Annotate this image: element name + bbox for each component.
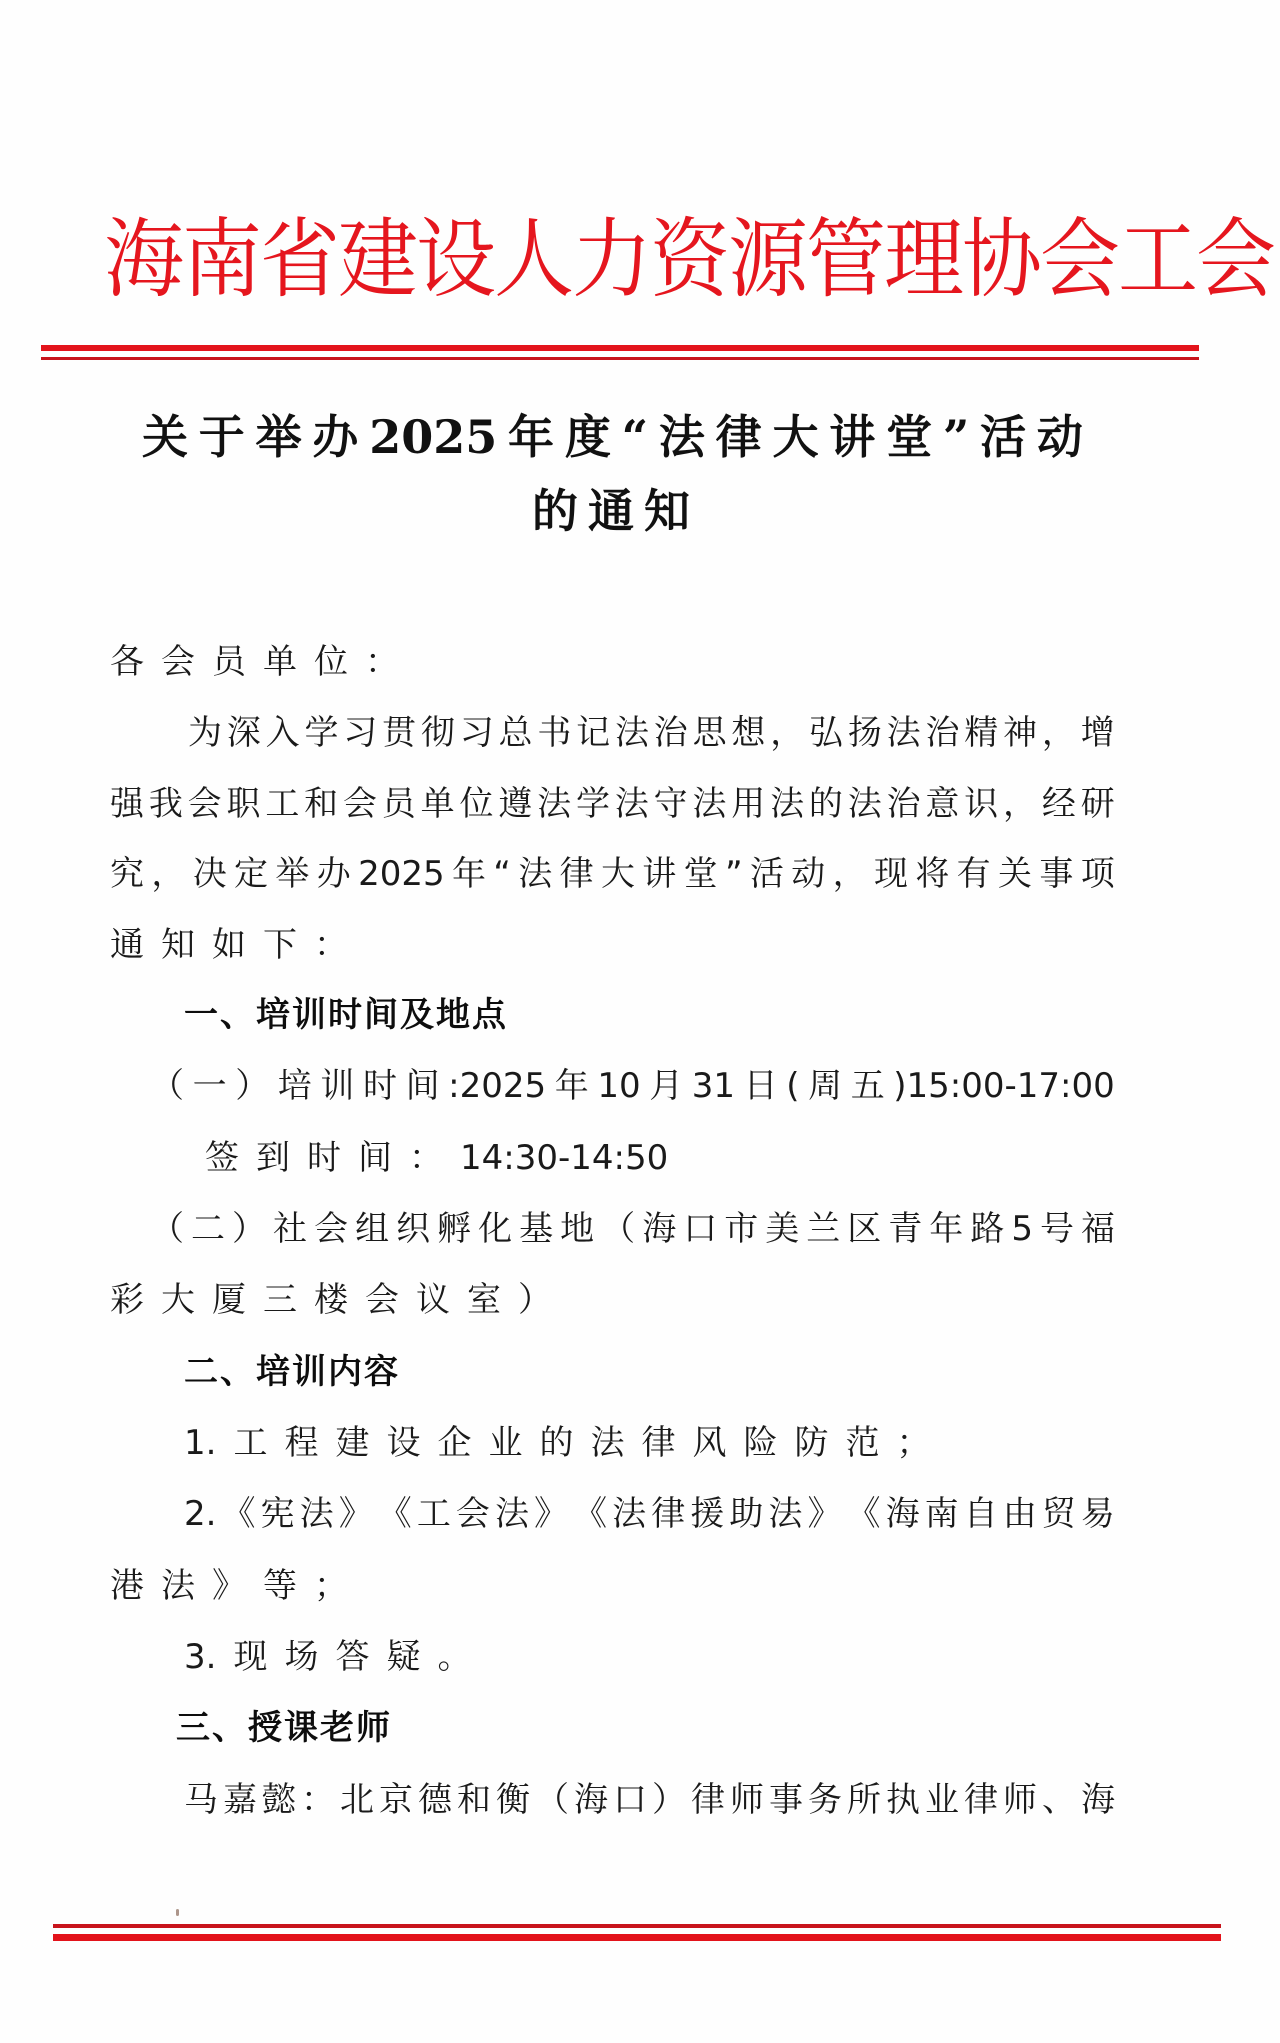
text-glyph: 有	[957, 852, 991, 896]
text-glyph: 、	[1042, 1778, 1076, 1822]
text-glyph: 治	[925, 711, 959, 755]
text-glyph: 各	[110, 640, 144, 684]
text-glyph: 培	[278, 1064, 312, 1108]
text-glyph: （	[150, 1064, 184, 1108]
text-glyph: 想	[731, 711, 765, 755]
letterhead-rule-thick	[41, 345, 1199, 351]
text-glyph: （	[150, 1207, 184, 1251]
text-glyph: 号	[1040, 1207, 1074, 1251]
document-title-line-1: 关于举办2025年度“法律大讲堂”活动	[142, 409, 1083, 465]
text-glyph: 会	[343, 782, 377, 826]
text-glyph: 二	[191, 1207, 225, 1251]
text-glyph: 厦	[212, 1278, 246, 1322]
text-glyph: ）	[652, 1778, 686, 1822]
text-glyph: 5	[1011, 1207, 1033, 1251]
text-glyph: 日	[744, 1064, 778, 1108]
text-glyph: 活	[750, 852, 784, 896]
text-glyph: 现	[874, 852, 908, 896]
text-glyph: 资	[650, 206, 728, 314]
text-glyph: 到	[256, 1136, 290, 1180]
text-glyph: 德	[418, 1778, 452, 1822]
text-glyph: 我	[149, 782, 183, 826]
text-glyph: 3.	[184, 1635, 216, 1679]
text-glyph: 现	[233, 1635, 267, 1679]
text-glyph: 10	[597, 1064, 640, 1108]
intro-line-2: 强我会职工和会员单位遵法学法守法用法的法治意识，经研	[110, 782, 1115, 826]
text-glyph: ，	[151, 852, 185, 896]
salutation: 各会员单位：	[110, 640, 410, 684]
text-glyph: 法	[495, 1492, 529, 1536]
text-glyph: 堂	[886, 409, 932, 465]
text-glyph: 一	[184, 993, 218, 1037]
text-glyph: 师	[1003, 1778, 1037, 1822]
text-glyph: 如	[212, 923, 246, 967]
text-glyph: 程	[284, 1421, 318, 1465]
text-glyph: 协	[962, 206, 1040, 314]
text-glyph: 1.	[184, 1421, 216, 1465]
text-glyph: 年	[929, 1207, 963, 1251]
text-glyph: “	[622, 409, 648, 465]
text-glyph: 培	[256, 993, 290, 1037]
text-glyph: 一	[193, 1064, 227, 1108]
intro-line-3: 究，决定举办2025年“法律大讲堂”活动，现将有关事项	[110, 852, 1115, 896]
text-glyph: 业	[488, 1421, 522, 1465]
text-glyph: 学	[576, 782, 610, 826]
text-glyph: 月	[649, 1064, 683, 1108]
text-glyph: 律	[560, 852, 594, 896]
text-glyph: 三	[263, 1278, 297, 1322]
text-glyph: 定	[234, 852, 268, 896]
text-glyph: 强	[110, 782, 144, 826]
text-glyph: ：	[314, 923, 348, 967]
section-2-item-3: 3.现场答疑。	[184, 1635, 484, 1679]
text-glyph: 治	[887, 782, 921, 826]
text-glyph: 容	[364, 1350, 398, 1394]
text-glyph: 《	[378, 1492, 412, 1536]
text-glyph: 法	[518, 852, 552, 896]
text-glyph: 孵	[437, 1207, 471, 1251]
text-glyph: 组	[355, 1207, 389, 1251]
text-glyph: 港	[110, 1564, 144, 1608]
text-glyph: 间	[364, 993, 398, 1037]
text-glyph: 精	[964, 711, 998, 755]
scan-speck	[176, 1909, 179, 1916]
text-glyph: 间	[358, 1136, 392, 1180]
text-glyph: 福	[1081, 1207, 1115, 1251]
text-glyph: :2025	[448, 1064, 546, 1108]
text-glyph: 等	[263, 1564, 297, 1608]
text-glyph: 海	[886, 1492, 920, 1536]
text-glyph: 理	[884, 206, 962, 314]
document-title-line-2: 的通知	[532, 483, 690, 539]
text-glyph: 训	[320, 1064, 354, 1108]
text-glyph: 扬	[848, 711, 882, 755]
text-glyph: 易	[1081, 1492, 1115, 1536]
text-glyph: 、	[220, 1350, 254, 1394]
text-glyph: 课	[284, 1706, 318, 1750]
text-glyph: 社	[273, 1207, 307, 1251]
text-glyph: （	[601, 1207, 635, 1251]
text-glyph: 法	[300, 1492, 334, 1536]
section-3-instructor-line-1: 马嘉懿：北京德和衡（海口）律师事务所执业律师、海	[184, 1778, 1115, 1822]
text-glyph: ）	[518, 1278, 552, 1322]
text-glyph: 法	[770, 782, 804, 826]
text-glyph: 签	[205, 1136, 239, 1180]
text-glyph: 五	[851, 1064, 885, 1108]
text-glyph: 、	[220, 993, 254, 1037]
text-glyph: 律	[691, 1778, 725, 1822]
text-glyph: 动	[1037, 409, 1083, 465]
text-glyph: 基	[519, 1207, 553, 1251]
text-glyph: 单	[421, 782, 455, 826]
text-glyph: 险	[743, 1421, 777, 1465]
text-glyph: 》	[339, 1492, 373, 1536]
text-glyph: 所	[847, 1778, 881, 1822]
text-glyph: 律	[641, 1421, 675, 1465]
text-glyph: 化	[478, 1207, 512, 1251]
text-glyph: ）	[232, 1207, 266, 1251]
text-glyph: 《	[847, 1492, 881, 1536]
text-glyph: 工	[417, 1492, 451, 1536]
section-3-heading: 三、授课老师	[176, 1706, 476, 1750]
text-glyph: 工	[233, 1421, 267, 1465]
text-glyph: 周	[808, 1064, 842, 1108]
text-glyph: 南	[182, 206, 260, 314]
text-glyph: 区	[847, 1207, 881, 1251]
text-glyph: ，	[1042, 711, 1076, 755]
text-glyph: 学	[304, 711, 338, 755]
text-glyph: 兰	[806, 1207, 840, 1251]
text-glyph: 大	[161, 1278, 195, 1322]
section-2-item-2-line-2: 港法》等；	[110, 1564, 310, 1608]
text-glyph: 事	[1039, 852, 1073, 896]
text-glyph: 二	[184, 1350, 218, 1394]
text-glyph: 议	[416, 1278, 450, 1322]
text-glyph: （	[535, 1778, 569, 1822]
text-glyph: ；	[896, 1421, 930, 1465]
text-glyph: 答	[335, 1635, 369, 1679]
text-glyph: 三	[176, 1706, 210, 1750]
text-glyph: 弘	[809, 711, 843, 755]
text-glyph: 彻	[421, 711, 455, 755]
text-glyph: 的	[539, 1421, 573, 1465]
text-glyph: 培	[256, 1350, 290, 1394]
text-glyph: 楼	[314, 1278, 348, 1322]
text-glyph: 法	[887, 711, 921, 755]
text-glyph: 2025	[369, 409, 497, 465]
text-glyph: 业	[925, 1778, 959, 1822]
text-glyph: 律	[964, 1778, 998, 1822]
text-glyph: 职	[226, 782, 260, 826]
text-glyph: 时	[307, 1136, 341, 1180]
text-glyph: 增	[1081, 711, 1115, 755]
text-glyph: 范	[845, 1421, 879, 1465]
text-glyph: ，	[1003, 782, 1037, 826]
text-glyph: 堂	[684, 852, 718, 896]
text-glyph: 决	[193, 852, 227, 896]
section-2-item-2-line-1: 2.《宪法》《工会法》《法律援助法》《海南自由贸易	[184, 1492, 1115, 1536]
text-glyph: 。	[437, 1635, 471, 1679]
text-glyph: 法	[659, 409, 705, 465]
document-page: 海南省建设人力资源管理协会工会 关于举办2025年度“法律大讲堂”活动 的通知 …	[0, 0, 1280, 2043]
text-glyph: 总	[499, 711, 533, 755]
text-glyph: 贸	[1042, 1492, 1076, 1536]
text-glyph: 项	[1081, 852, 1115, 896]
text-glyph: 口	[613, 1778, 647, 1822]
text-glyph: 南	[925, 1492, 959, 1536]
text-glyph: 援	[690, 1492, 724, 1536]
text-glyph: 衡	[496, 1778, 530, 1822]
text-glyph: ：	[365, 640, 399, 684]
text-glyph: ，	[770, 711, 804, 755]
text-glyph: 研	[1081, 782, 1115, 826]
text-glyph: 》	[807, 1492, 841, 1536]
text-glyph: ：	[409, 1136, 443, 1180]
text-glyph: 和	[457, 1778, 491, 1822]
text-glyph: 训	[292, 1350, 326, 1394]
text-glyph: 2025	[358, 852, 445, 896]
text-glyph: 31	[692, 1064, 735, 1108]
text-glyph: 员	[382, 782, 416, 826]
text-glyph: 宪	[261, 1492, 295, 1536]
text-glyph: 位	[459, 782, 493, 826]
section-2-heading: 二、培训内容	[184, 1350, 484, 1394]
text-glyph: 懿	[262, 1778, 296, 1822]
text-glyph: 法	[768, 1492, 802, 1536]
text-glyph: 将	[915, 852, 949, 896]
text-glyph: ”	[725, 852, 743, 896]
text-glyph: 于	[199, 409, 245, 465]
text-glyph: 的	[532, 483, 578, 539]
text-glyph: 北	[340, 1778, 374, 1822]
intro-line-4: 通知如下：	[110, 923, 410, 967]
text-glyph: 青	[888, 1207, 922, 1251]
text-glyph: 意	[925, 782, 959, 826]
text-glyph: ：	[301, 1778, 335, 1822]
text-glyph: 14:30-14:50	[460, 1136, 668, 1180]
text-glyph: 美	[765, 1207, 799, 1251]
text-glyph: 由	[1003, 1492, 1037, 1536]
text-glyph: 口	[683, 1207, 717, 1251]
text-glyph: 时	[328, 993, 362, 1037]
text-glyph: 入	[266, 711, 300, 755]
text-glyph: 会	[188, 782, 222, 826]
text-glyph: 举	[275, 852, 309, 896]
text-glyph: 知	[161, 923, 195, 967]
text-glyph: 年	[508, 409, 554, 465]
text-glyph: 室	[467, 1278, 501, 1322]
text-glyph: 海	[1081, 1778, 1115, 1822]
text-glyph: ，	[833, 852, 867, 896]
text-glyph: 识	[964, 782, 998, 826]
text-glyph: 举	[256, 409, 302, 465]
text-glyph: 管	[806, 206, 884, 314]
text-glyph: 及	[400, 993, 434, 1037]
text-glyph: 的	[809, 782, 843, 826]
text-glyph: 路	[970, 1207, 1004, 1251]
text-glyph: 年	[555, 1064, 589, 1108]
text-glyph: 遵	[498, 782, 532, 826]
text-glyph: 工	[1118, 206, 1196, 314]
text-glyph: 律	[716, 409, 762, 465]
text-glyph: 2.	[184, 1492, 216, 1536]
text-glyph: 书	[537, 711, 571, 755]
text-glyph: 究	[110, 852, 144, 896]
text-glyph: 贯	[382, 711, 416, 755]
text-glyph: 地	[436, 993, 470, 1037]
text-glyph: 《	[573, 1492, 607, 1536]
text-glyph: 法	[615, 711, 649, 755]
text-glyph: 人	[494, 206, 572, 314]
text-glyph: 嘉	[223, 1778, 257, 1822]
text-glyph: (	[786, 1064, 799, 1108]
footer-rule-thick	[53, 1934, 1221, 1941]
text-glyph: 守	[654, 782, 688, 826]
text-glyph: 事	[769, 1778, 803, 1822]
text-glyph: 记	[576, 711, 610, 755]
text-glyph: 法	[692, 782, 726, 826]
text-glyph: 法	[615, 782, 649, 826]
text-glyph: 讲	[642, 852, 676, 896]
text-glyph: 律	[651, 1492, 685, 1536]
text-glyph: 执	[886, 1778, 920, 1822]
text-glyph: 大	[601, 852, 635, 896]
text-glyph: 企	[437, 1421, 471, 1465]
text-glyph: 思	[693, 711, 727, 755]
text-glyph: 通	[588, 483, 634, 539]
text-glyph: 通	[110, 923, 144, 967]
text-glyph: 法	[590, 1421, 624, 1465]
text-glyph: 动	[791, 852, 825, 896]
text-glyph: 单	[263, 640, 297, 684]
text-glyph: 源	[728, 206, 806, 314]
text-glyph: 》	[534, 1492, 568, 1536]
text-glyph: 习	[460, 711, 494, 755]
text-glyph: 授	[248, 1706, 282, 1750]
text-glyph: ；	[314, 1564, 348, 1608]
text-glyph: 建	[335, 1421, 369, 1465]
text-glyph: ）	[235, 1064, 269, 1108]
text-glyph: 间	[406, 1064, 440, 1108]
text-glyph: 场	[284, 1635, 318, 1679]
text-glyph: 老	[320, 1706, 354, 1750]
text-glyph: 会	[1196, 206, 1274, 314]
text-glyph: 力	[572, 206, 650, 314]
text-glyph: 和	[304, 782, 338, 826]
text-glyph: 年	[452, 852, 486, 896]
text-glyph: 法	[848, 782, 882, 826]
text-glyph: 点	[472, 993, 506, 1037]
text-glyph: 度	[565, 409, 611, 465]
text-glyph: 、	[212, 1706, 246, 1750]
text-glyph: 京	[379, 1778, 413, 1822]
text-glyph: 讲	[829, 409, 875, 465]
text-glyph: 经	[1042, 782, 1076, 826]
text-glyph: ”	[943, 409, 969, 465]
text-glyph: 师	[730, 1778, 764, 1822]
text-glyph: “	[493, 852, 511, 896]
text-glyph: 织	[396, 1207, 430, 1251]
text-glyph: 风	[692, 1421, 726, 1465]
text-glyph: 关	[142, 409, 188, 465]
text-glyph: 设	[386, 1421, 420, 1465]
text-glyph: 会	[161, 640, 195, 684]
text-glyph: 会	[456, 1492, 490, 1536]
text-glyph: 深	[227, 711, 261, 755]
text-glyph: 彩	[110, 1278, 144, 1322]
text-glyph: 知	[644, 483, 690, 539]
text-glyph: 治	[654, 711, 688, 755]
text-glyph: 海	[104, 206, 182, 314]
text-glyph: 建	[338, 206, 416, 314]
text-glyph: 工	[265, 782, 299, 826]
text-glyph: 疑	[386, 1635, 420, 1679]
text-glyph: 地	[560, 1207, 594, 1251]
text-glyph: 马	[184, 1778, 218, 1822]
section-1-venue-line-2: 彩大厦三楼会议室）	[110, 1278, 530, 1322]
text-glyph: 法	[161, 1564, 195, 1608]
text-glyph: 下	[263, 923, 297, 967]
organization-letterhead: 海南省建设人力资源管理协会工会	[104, 206, 1128, 314]
section-1-venue-line-1: （二）社会组织孵化基地（海口市美兰区青年路5号福	[150, 1207, 1115, 1251]
text-glyph: 习	[343, 711, 377, 755]
text-glyph: 法	[537, 782, 571, 826]
text-glyph: 用	[731, 782, 765, 826]
section-1-checkin-time: 签到时间：14:30-14:50	[205, 1136, 725, 1180]
text-glyph: 为	[188, 711, 222, 755]
text-glyph: 会	[365, 1278, 399, 1322]
text-glyph: 设	[416, 206, 494, 314]
text-glyph: 时	[363, 1064, 397, 1108]
text-glyph: 员	[212, 640, 246, 684]
text-glyph: 防	[794, 1421, 828, 1465]
text-glyph: 法	[612, 1492, 646, 1536]
text-glyph: 《	[222, 1492, 256, 1536]
text-glyph: 位	[314, 640, 348, 684]
text-glyph: )15:00-17:00	[893, 1064, 1115, 1108]
text-glyph: 助	[729, 1492, 763, 1536]
text-glyph: 务	[808, 1778, 842, 1822]
text-glyph: 市	[724, 1207, 758, 1251]
section-1-heading: 一、培训时间及地点	[184, 993, 584, 1037]
intro-line-1: 为深入学习贯彻习总书记法治思想，弘扬法治精神，增	[188, 711, 1115, 755]
text-glyph: 办	[317, 852, 351, 896]
text-glyph: 海	[574, 1778, 608, 1822]
text-glyph: 神	[1003, 711, 1037, 755]
section-2-item-1: 1.工程建设企业的法律风险防范；	[184, 1421, 784, 1465]
text-glyph: 会	[314, 1207, 348, 1251]
text-glyph: 省	[260, 206, 338, 314]
text-glyph: 会	[1040, 206, 1118, 314]
text-glyph: 自	[964, 1492, 998, 1536]
text-glyph: 关	[998, 852, 1032, 896]
text-glyph: 大	[772, 409, 818, 465]
text-glyph: 训	[292, 993, 326, 1037]
text-glyph: 办	[312, 409, 358, 465]
text-glyph: 内	[328, 1350, 362, 1394]
footer-rule-thin	[53, 1924, 1221, 1928]
section-1-training-time: （一）培训时间:2025年10月31日(周五)15:00-17:00	[150, 1064, 1115, 1108]
text-glyph: 活	[980, 409, 1026, 465]
letterhead-rule-thin	[41, 357, 1199, 360]
text-glyph: 海	[642, 1207, 676, 1251]
text-glyph: 师	[356, 1706, 390, 1750]
text-glyph: 》	[212, 1564, 246, 1608]
